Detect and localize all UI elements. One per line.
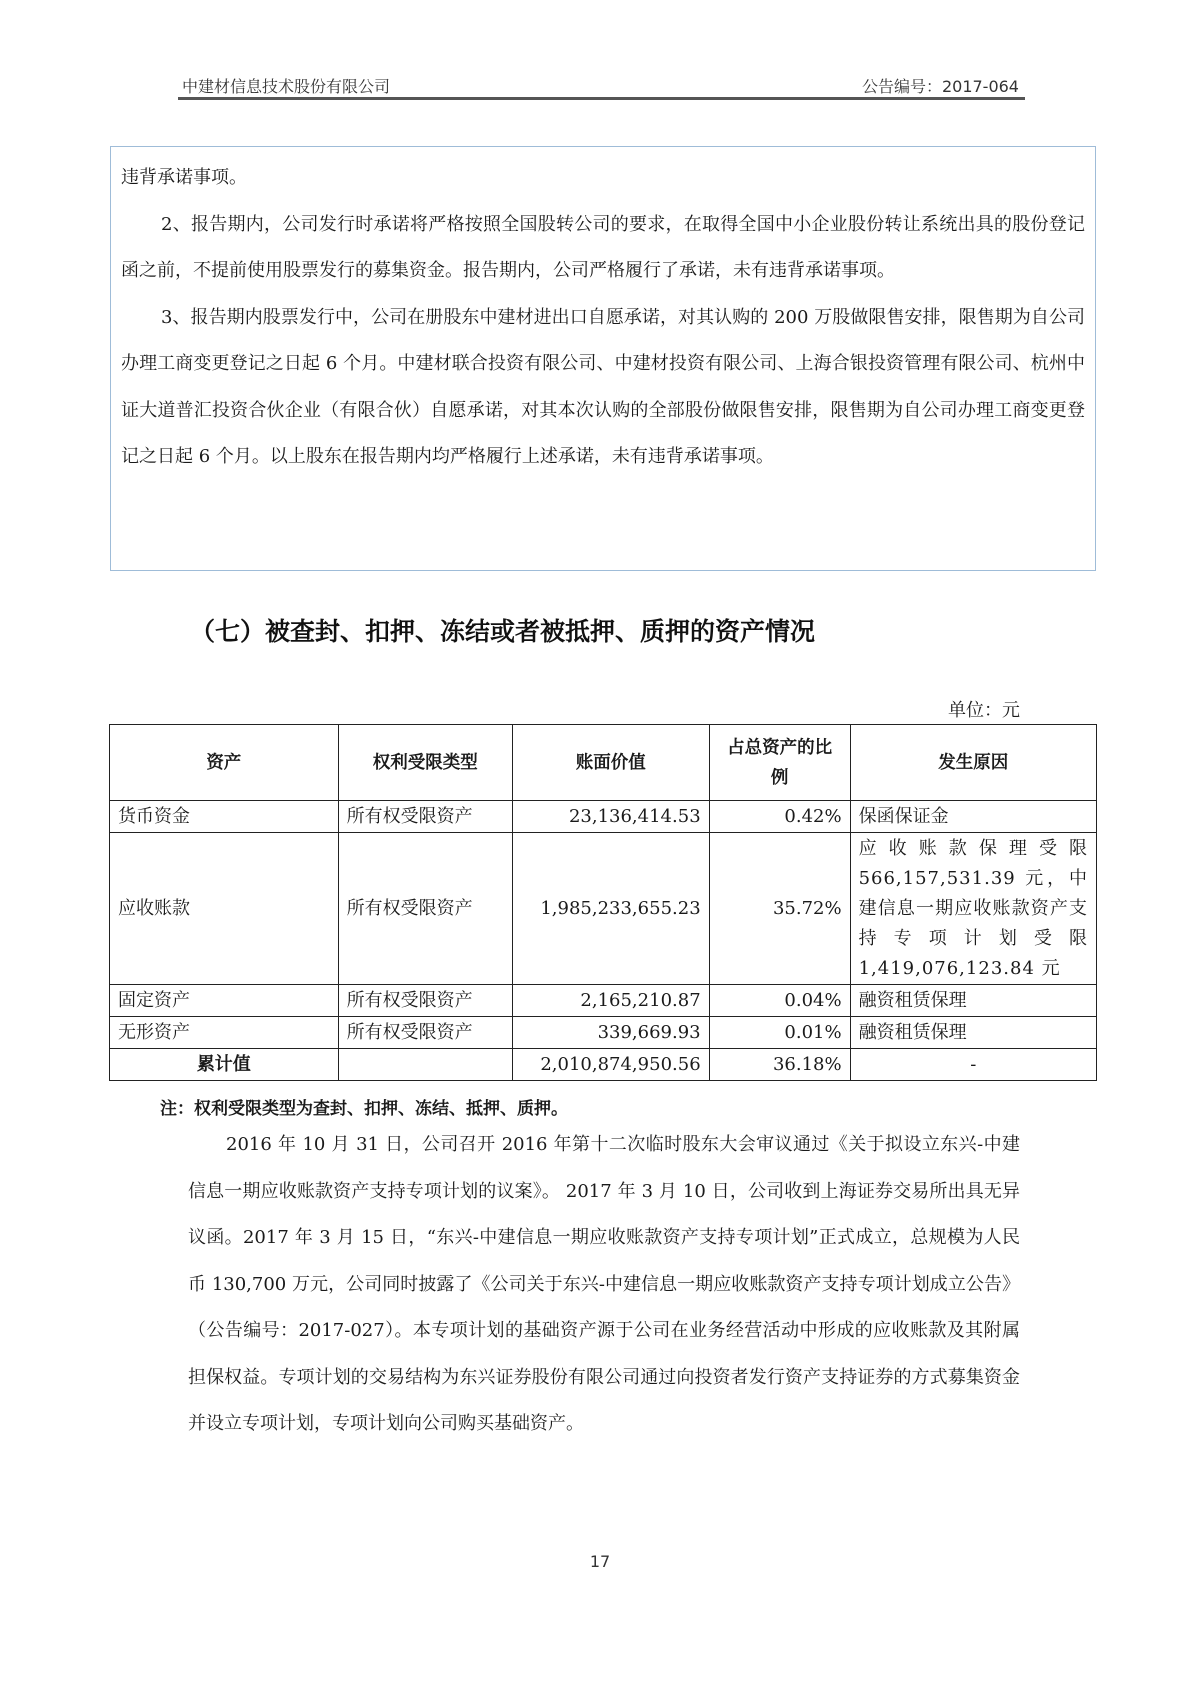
column-header: 占总资产的比例 xyxy=(709,725,850,801)
column-header: 资产 xyxy=(110,725,339,801)
asset-cell: 无形资产 xyxy=(110,1017,339,1049)
ratio-cell: 0.42% xyxy=(709,801,850,833)
column-header: 发生原因 xyxy=(850,725,1096,801)
type-cell: 所有权受限资产 xyxy=(338,801,512,833)
notice-number: 公告编号：2017-064 xyxy=(862,74,1019,97)
table-row: 固定资产 所有权受限资产 2,165,210.87 0.04% 融资租赁保理 xyxy=(110,985,1097,1017)
section-title: （七）被查封、扣押、冻结或者被抵押、质押的资产情况 xyxy=(190,612,815,648)
reason-cell: 融资租赁保理 xyxy=(850,985,1096,1017)
commitment-box: 违背承诺事项。 2、报告期内，公司发行时承诺将严格按照全国股转公司的要求，在取得… xyxy=(110,146,1096,571)
reason-cell: 应收账款保理受限566,157,531.39 元，中建信息一期应收账款资产支持专… xyxy=(850,833,1096,985)
commitment-paragraph: 违背承诺事项。 xyxy=(121,155,1085,202)
ratio-cell: 35.72% xyxy=(709,833,850,985)
column-header: 账面价值 xyxy=(512,725,709,801)
type-cell: 所有权受限资产 xyxy=(338,985,512,1017)
page-header: 中建材信息技术股份有限公司 公告编号：2017-064 xyxy=(178,66,1025,100)
table-total-row: 累计值 2,010,874,950.56 36.18% - xyxy=(110,1049,1097,1081)
asset-cell: 固定资产 xyxy=(110,985,339,1017)
value-cell: 23,136,414.53 xyxy=(512,801,709,833)
asset-cell: 应收账款 xyxy=(110,833,339,985)
type-cell: 所有权受限资产 xyxy=(338,833,512,985)
total-label: 累计值 xyxy=(110,1049,339,1081)
reason-cell: 融资租赁保理 xyxy=(850,1017,1096,1049)
table-row: 应收账款 所有权受限资产 1,985,233,655.23 35.72% 应收账… xyxy=(110,833,1097,985)
ratio-cell: 0.04% xyxy=(709,985,850,1017)
table-row: 无形资产 所有权受限资产 339,669.93 0.01% 融资租赁保理 xyxy=(110,1017,1097,1049)
table-row: 货币资金 所有权受限资产 23,136,414.53 0.42% 保函保证金 xyxy=(110,801,1097,833)
body-paragraph: 2016 年 10 月 31 日，公司召开 2016 年第十二次临时股东大会审议… xyxy=(188,1122,1020,1448)
commitment-paragraph: 3、报告期内股票发行中，公司在册股东中建材进出口自愿承诺，对其认购的 200 万… xyxy=(121,295,1085,481)
unit-label: 单位：元 xyxy=(948,696,1020,722)
asset-cell: 货币资金 xyxy=(110,801,339,833)
value-cell: 339,669.93 xyxy=(512,1017,709,1049)
table-note: 注：权利受限类型为查封、扣押、冻结、抵押、质押。 xyxy=(160,1094,568,1119)
column-header: 权利受限类型 xyxy=(338,725,512,801)
ratio-cell: 0.01% xyxy=(709,1017,850,1049)
type-cell xyxy=(338,1049,512,1081)
total-reason: - xyxy=(850,1049,1096,1081)
commitment-paragraph: 2、报告期内，公司发行时承诺将严格按照全国股转公司的要求，在取得全国中小企业股份… xyxy=(121,202,1085,295)
company-name: 中建材信息技术股份有限公司 xyxy=(182,74,390,97)
page-number: 17 xyxy=(0,1552,1200,1571)
value-cell: 2,165,210.87 xyxy=(512,985,709,1017)
body-text: 2016 年 10 月 31 日，公司召开 2016 年第十二次临时股东大会审议… xyxy=(188,1122,1020,1448)
restricted-assets-table: 资产 权利受限类型 账面价值 占总资产的比例 发生原因 货币资金 所有权受限资产… xyxy=(109,724,1097,1081)
value-cell: 1,985,233,655.23 xyxy=(512,833,709,985)
total-value: 2,010,874,950.56 xyxy=(512,1049,709,1081)
type-cell: 所有权受限资产 xyxy=(338,1017,512,1049)
total-ratio: 36.18% xyxy=(709,1049,850,1081)
reason-cell: 保函保证金 xyxy=(850,801,1096,833)
table-header-row: 资产 权利受限类型 账面价值 占总资产的比例 发生原因 xyxy=(110,725,1097,801)
